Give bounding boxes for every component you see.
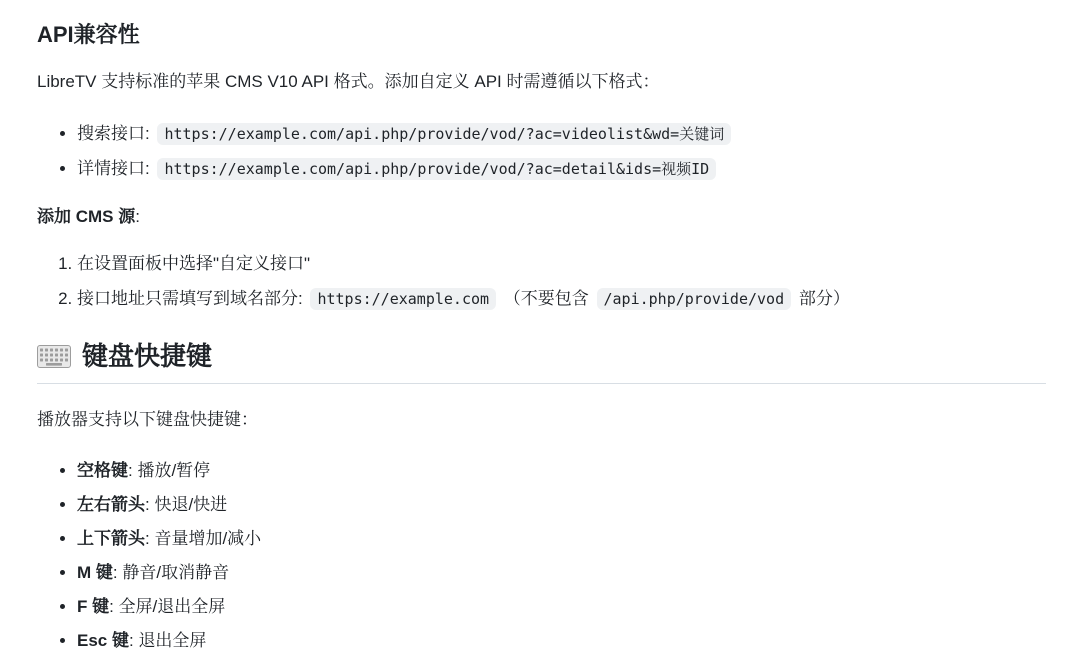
shortcut-key: 空格键	[77, 461, 128, 480]
cms-step-1: 在设置面板中选择"自定义接口"	[77, 251, 1046, 277]
shortcut-key: 上下箭头	[77, 529, 145, 548]
api-compatibility-heading: API兼容性	[37, 22, 1046, 48]
endpoint-label: 搜索接口	[77, 124, 145, 143]
shortcut-action: 音量增加/减小	[154, 529, 261, 548]
shortcut-key: Esc 键	[77, 631, 129, 650]
endpoint-label: 详情接口	[77, 159, 145, 178]
endpoint-separator: :	[145, 159, 154, 178]
keyboard-shortcuts-heading-text: 键盘快捷键	[82, 340, 212, 373]
cms-step-2-suffix: 部分）	[794, 289, 850, 308]
api-path-code: /api.php/provide/vod	[597, 288, 792, 310]
shortcut-key: 左右箭头	[77, 495, 145, 514]
shortcut-item-f: F 键: 全屏/退出全屏	[77, 594, 1046, 620]
cms-step-2-prefix: 接口地址只需填写到域名部分:	[77, 289, 307, 308]
shortcut-action: 快退/快进	[154, 495, 227, 514]
shortcut-item-left-right: 左右箭头: 快退/快进	[77, 492, 1046, 518]
add-cms-label-bold: 添加 CMS 源	[37, 207, 135, 226]
cms-step-2-mid: （不要包含	[499, 289, 593, 308]
api-intro-paragraph: LibreTV 支持标准的苹果 CMS V10 API 格式。添加自定义 API…	[37, 69, 1046, 95]
search-endpoint-code: https://example.com/api.php/provide/vod/…	[157, 123, 731, 145]
endpoint-item-search: 搜索接口: https://example.com/api.php/provid…	[77, 121, 1046, 147]
detail-endpoint-code: https://example.com/api.php/provide/vod/…	[157, 158, 716, 180]
shortcut-action: 播放/暂停	[137, 461, 210, 480]
endpoint-separator: :	[145, 124, 154, 143]
keyboard-icon	[37, 345, 71, 368]
add-cms-label-colon: :	[135, 207, 140, 226]
shortcut-key: M 键	[77, 563, 113, 582]
domain-code: https://example.com	[310, 288, 496, 310]
shortcut-action: 退出全屏	[138, 631, 206, 650]
endpoint-list: 搜索接口: https://example.com/api.php/provid…	[37, 121, 1046, 182]
cms-steps-list: 在设置面板中选择"自定义接口" 接口地址只需填写到域名部分: https://e…	[37, 251, 1046, 312]
cms-step-2: 接口地址只需填写到域名部分: https://example.com （不要包含…	[77, 286, 1046, 312]
readme-document: API兼容性 LibreTV 支持标准的苹果 CMS V10 API 格式。添加…	[0, 0, 1080, 654]
shortcuts-list: 空格键: 播放/暂停 左右箭头: 快退/快进 上下箭头: 音量增加/减小 M 键…	[37, 458, 1046, 654]
shortcut-item-space: 空格键: 播放/暂停	[77, 458, 1046, 484]
keyboard-shortcuts-heading: 键盘快捷键	[37, 340, 1046, 384]
add-cms-label: 添加 CMS 源:	[37, 204, 1046, 230]
shortcut-separator: :	[109, 597, 118, 616]
shortcut-key: F 键	[77, 597, 109, 616]
shortcut-action: 静音/取消静音	[122, 563, 229, 582]
shortcut-item-m: M 键: 静音/取消静音	[77, 560, 1046, 586]
shortcut-action: 全屏/退出全屏	[119, 597, 226, 616]
shortcuts-intro-paragraph: 播放器支持以下键盘快捷键：	[37, 407, 1046, 433]
shortcut-item-up-down: 上下箭头: 音量增加/减小	[77, 526, 1046, 552]
shortcut-item-esc: Esc 键: 退出全屏	[77, 628, 1046, 654]
shortcut-separator: :	[113, 563, 122, 582]
endpoint-item-detail: 详情接口: https://example.com/api.php/provid…	[77, 156, 1046, 182]
